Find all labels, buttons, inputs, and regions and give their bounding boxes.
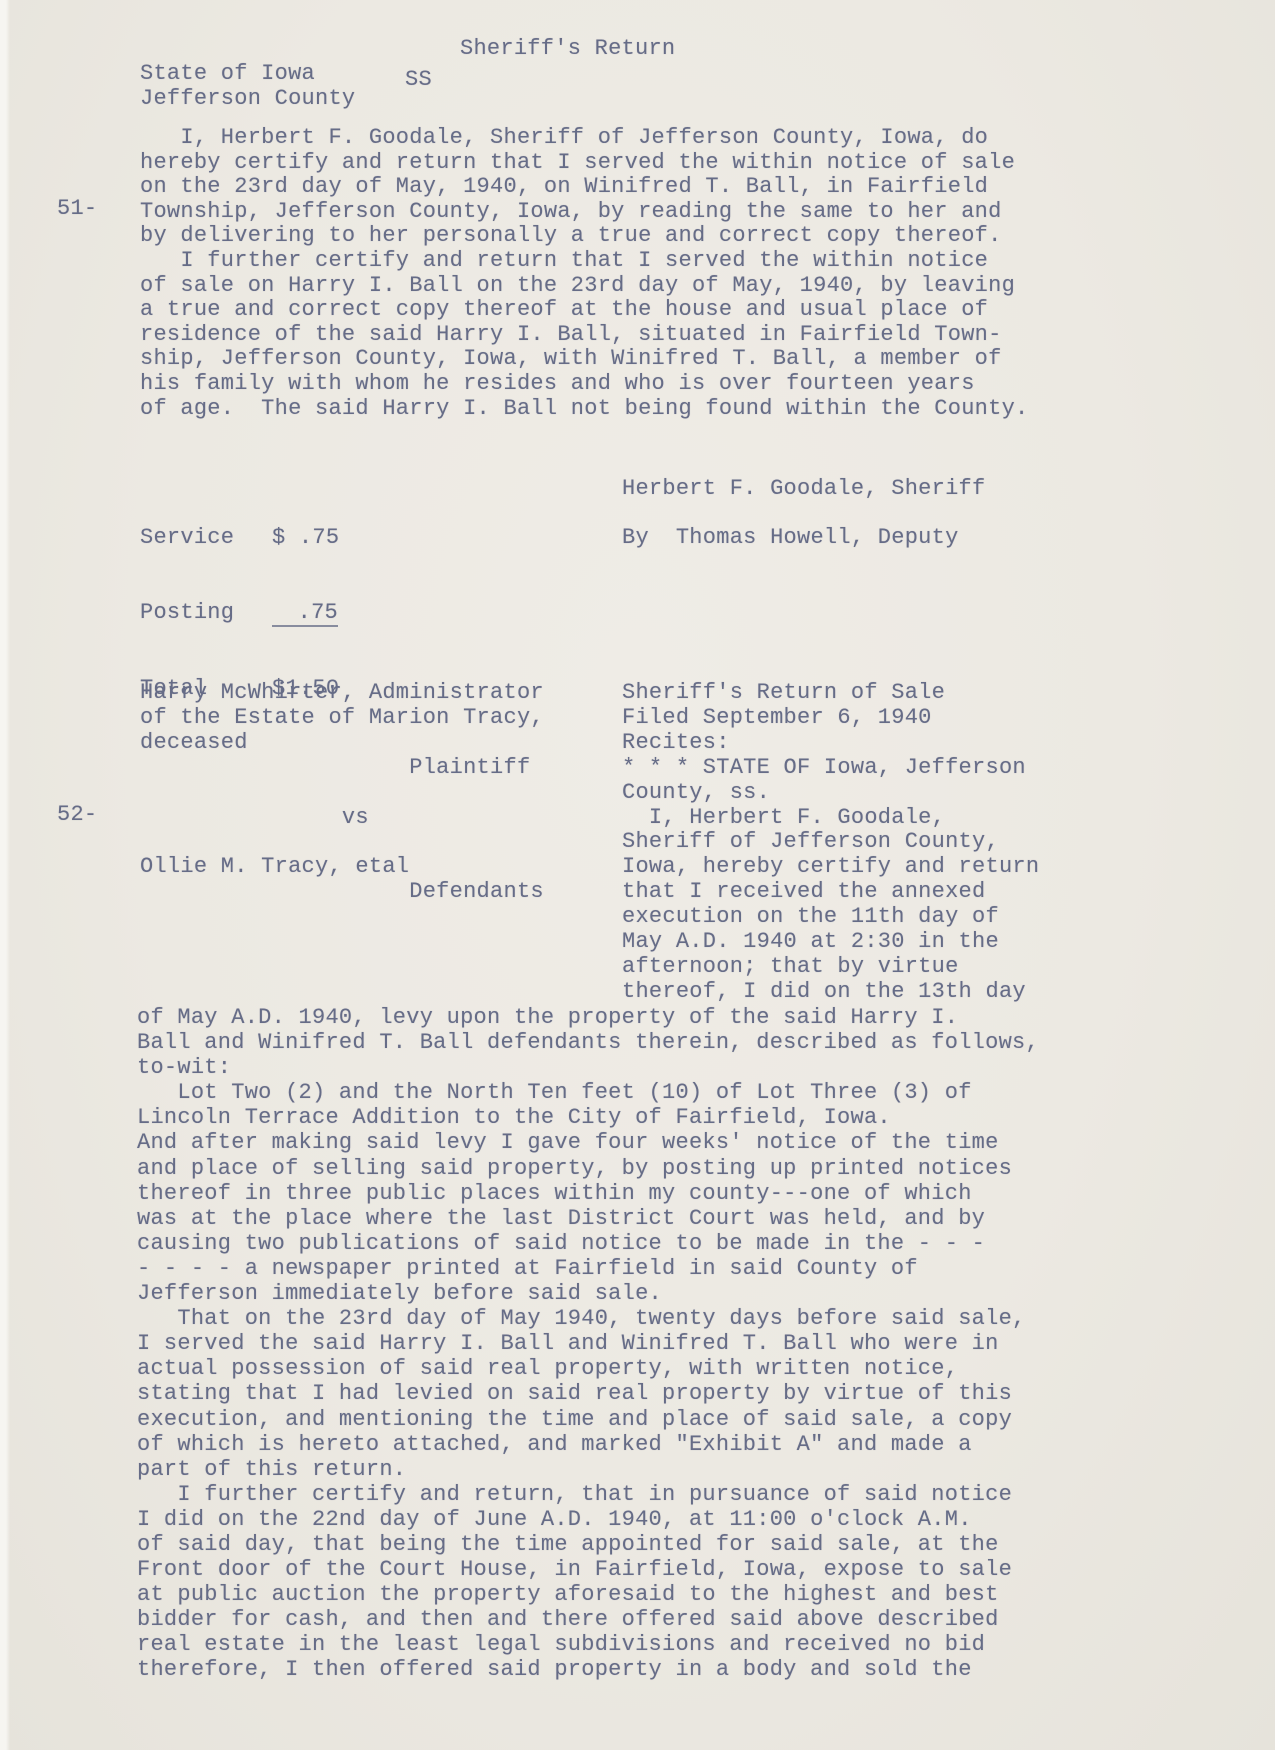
venue-block: State of IowaJefferson County: [140, 62, 355, 111]
case-caption-right: Sheriff's Return of Sale Filed September…: [622, 681, 1039, 1005]
deputy-signature-line: By Thomas Howell, Deputy: [622, 525, 959, 550]
fee-row-posting: Posting.75: [140, 601, 338, 628]
venue-county-line: Jefferson County: [140, 86, 355, 111]
fee-amount: .75: [272, 601, 338, 628]
case-caption-left: Harry McWhirter, Administrator of the Es…: [140, 681, 544, 905]
page-title: Sheriff's Return: [460, 36, 675, 61]
fee-label: Service: [140, 526, 272, 551]
case-number-52: 52-: [57, 802, 97, 827]
sheriff-signature-line: Herbert F. Goodale, Sheriff: [622, 476, 985, 501]
case-number-51: 51-: [57, 196, 97, 221]
fee-amount: $ .75: [272, 526, 338, 551]
fee-row-service: Service$ .75: [140, 526, 338, 551]
return-51-body: I, Herbert F. Goodale, Sheriff of Jeffer…: [140, 126, 1029, 421]
venue-ss-label: SS: [405, 67, 432, 92]
document-page: Sheriff's Return State of IowaJefferson …: [0, 0, 1275, 1750]
fee-label: Posting: [140, 601, 272, 626]
venue-state-line: State of Iowa: [140, 61, 315, 86]
return-52-body: of May A.D. 1940, levy upon the property…: [137, 1005, 1039, 1683]
